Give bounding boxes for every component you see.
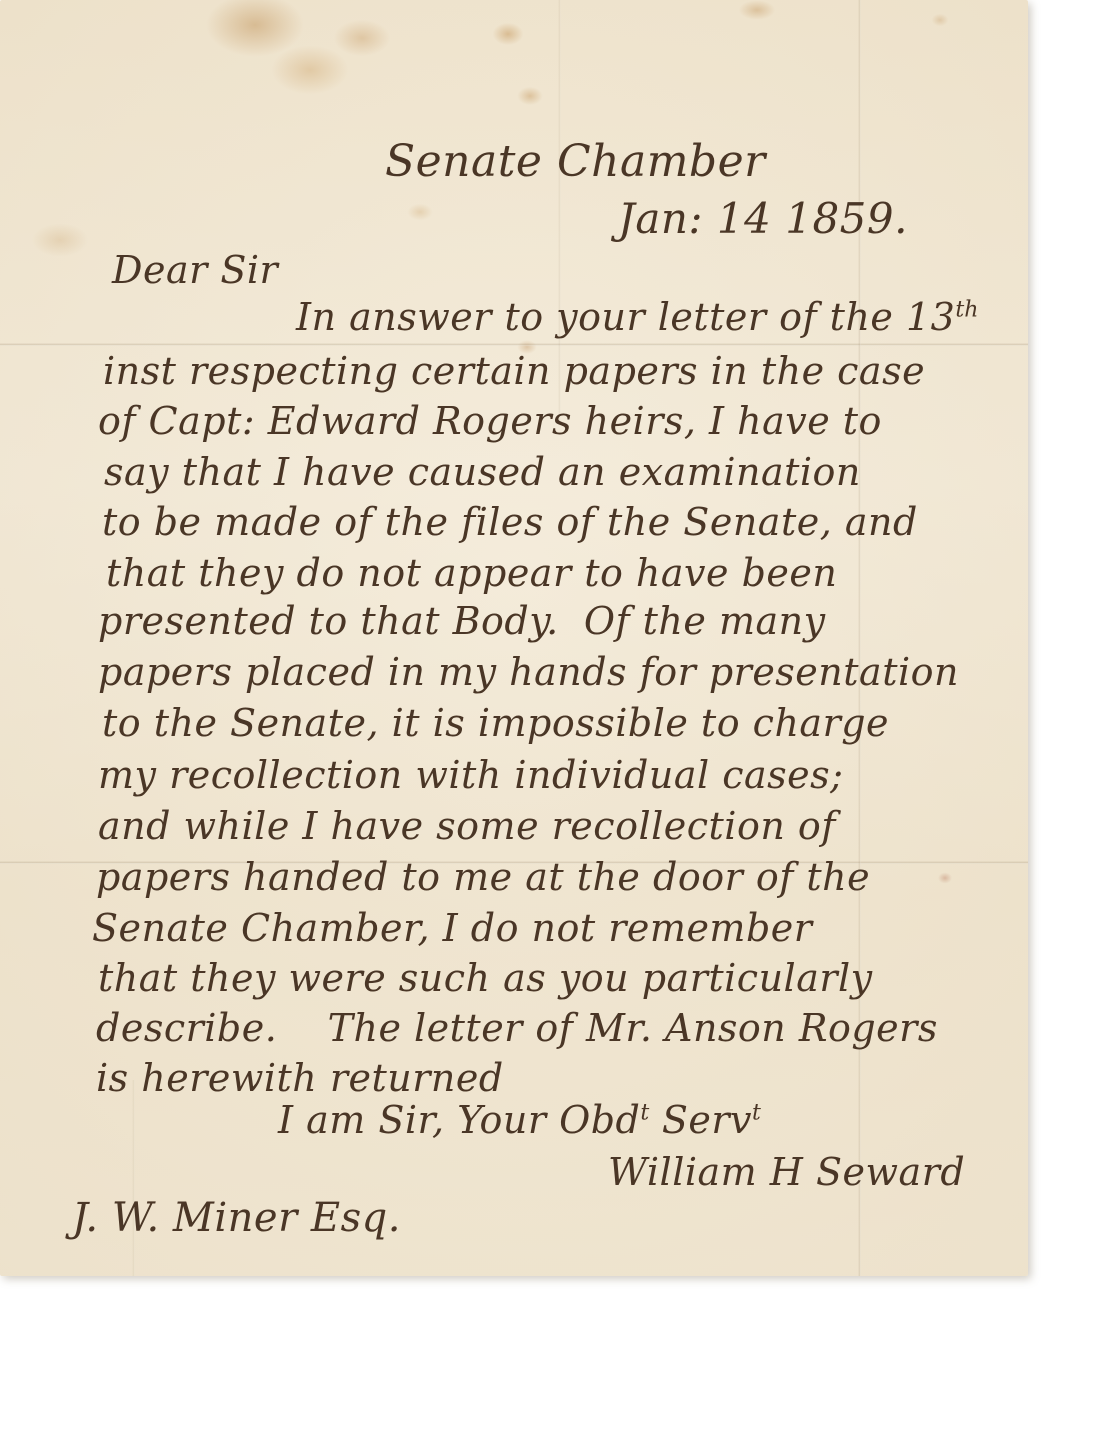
- letter-line: my recollection with individual cases;: [98, 755, 843, 797]
- letter-line: that they were such as you particularly: [98, 958, 873, 1000]
- salutation: Dear Sir: [112, 250, 278, 292]
- letter-line: In answer to your letter of the 13th: [296, 297, 978, 339]
- letter-line: of Capt: Edward Rogers heirs, I have to: [98, 401, 882, 443]
- closing: I am Sir, Your Obdt Servt: [278, 1100, 761, 1142]
- letter-line: papers placed in my hands for presentati…: [98, 652, 959, 694]
- superscript: th: [955, 297, 978, 322]
- fold-line-horizontal-top: [0, 343, 1028, 346]
- fold-line-vertical-bottom-left: [132, 1080, 135, 1276]
- letter-line: to the Senate, it is impossible to charg…: [102, 703, 889, 745]
- letter-line: inst respecting certain papers in the ca…: [103, 351, 925, 393]
- superscript: t: [752, 1100, 761, 1125]
- letter-line: to be made of the files of the Senate, a…: [102, 502, 918, 544]
- letter-line: and while I have some recollection of: [98, 806, 836, 848]
- fold-line-vertical-right: [858, 0, 861, 1276]
- letter-line: say that I have caused an examination: [104, 452, 861, 494]
- letter-line: that they do not appear to have been: [106, 553, 837, 595]
- letter-line: describe. The letter of Mr. Anson Rogers: [96, 1008, 938, 1050]
- letter-line: Senate Chamber, I do not remember: [92, 908, 812, 950]
- letterhead-date: Jan: 14 1859.: [618, 196, 908, 242]
- letterhead-place: Senate Chamber: [385, 138, 766, 186]
- letter-line: papers handed to me at the door of the: [96, 857, 870, 899]
- addressee: J. W. Miner Esq.: [72, 1196, 401, 1240]
- scanned-letter-page: { "page": { "background": "#ffffff", "pa…: [0, 0, 1112, 1440]
- letter-line: is herewith returned: [96, 1058, 504, 1100]
- letter-line: presented to that Body. Of the many: [98, 601, 826, 643]
- signature: William H Seward: [608, 1152, 965, 1194]
- letter-paper: Senate Chamber Jan: 14 1859. Dear Sir In…: [0, 0, 1028, 1276]
- superscript: t: [640, 1100, 649, 1125]
